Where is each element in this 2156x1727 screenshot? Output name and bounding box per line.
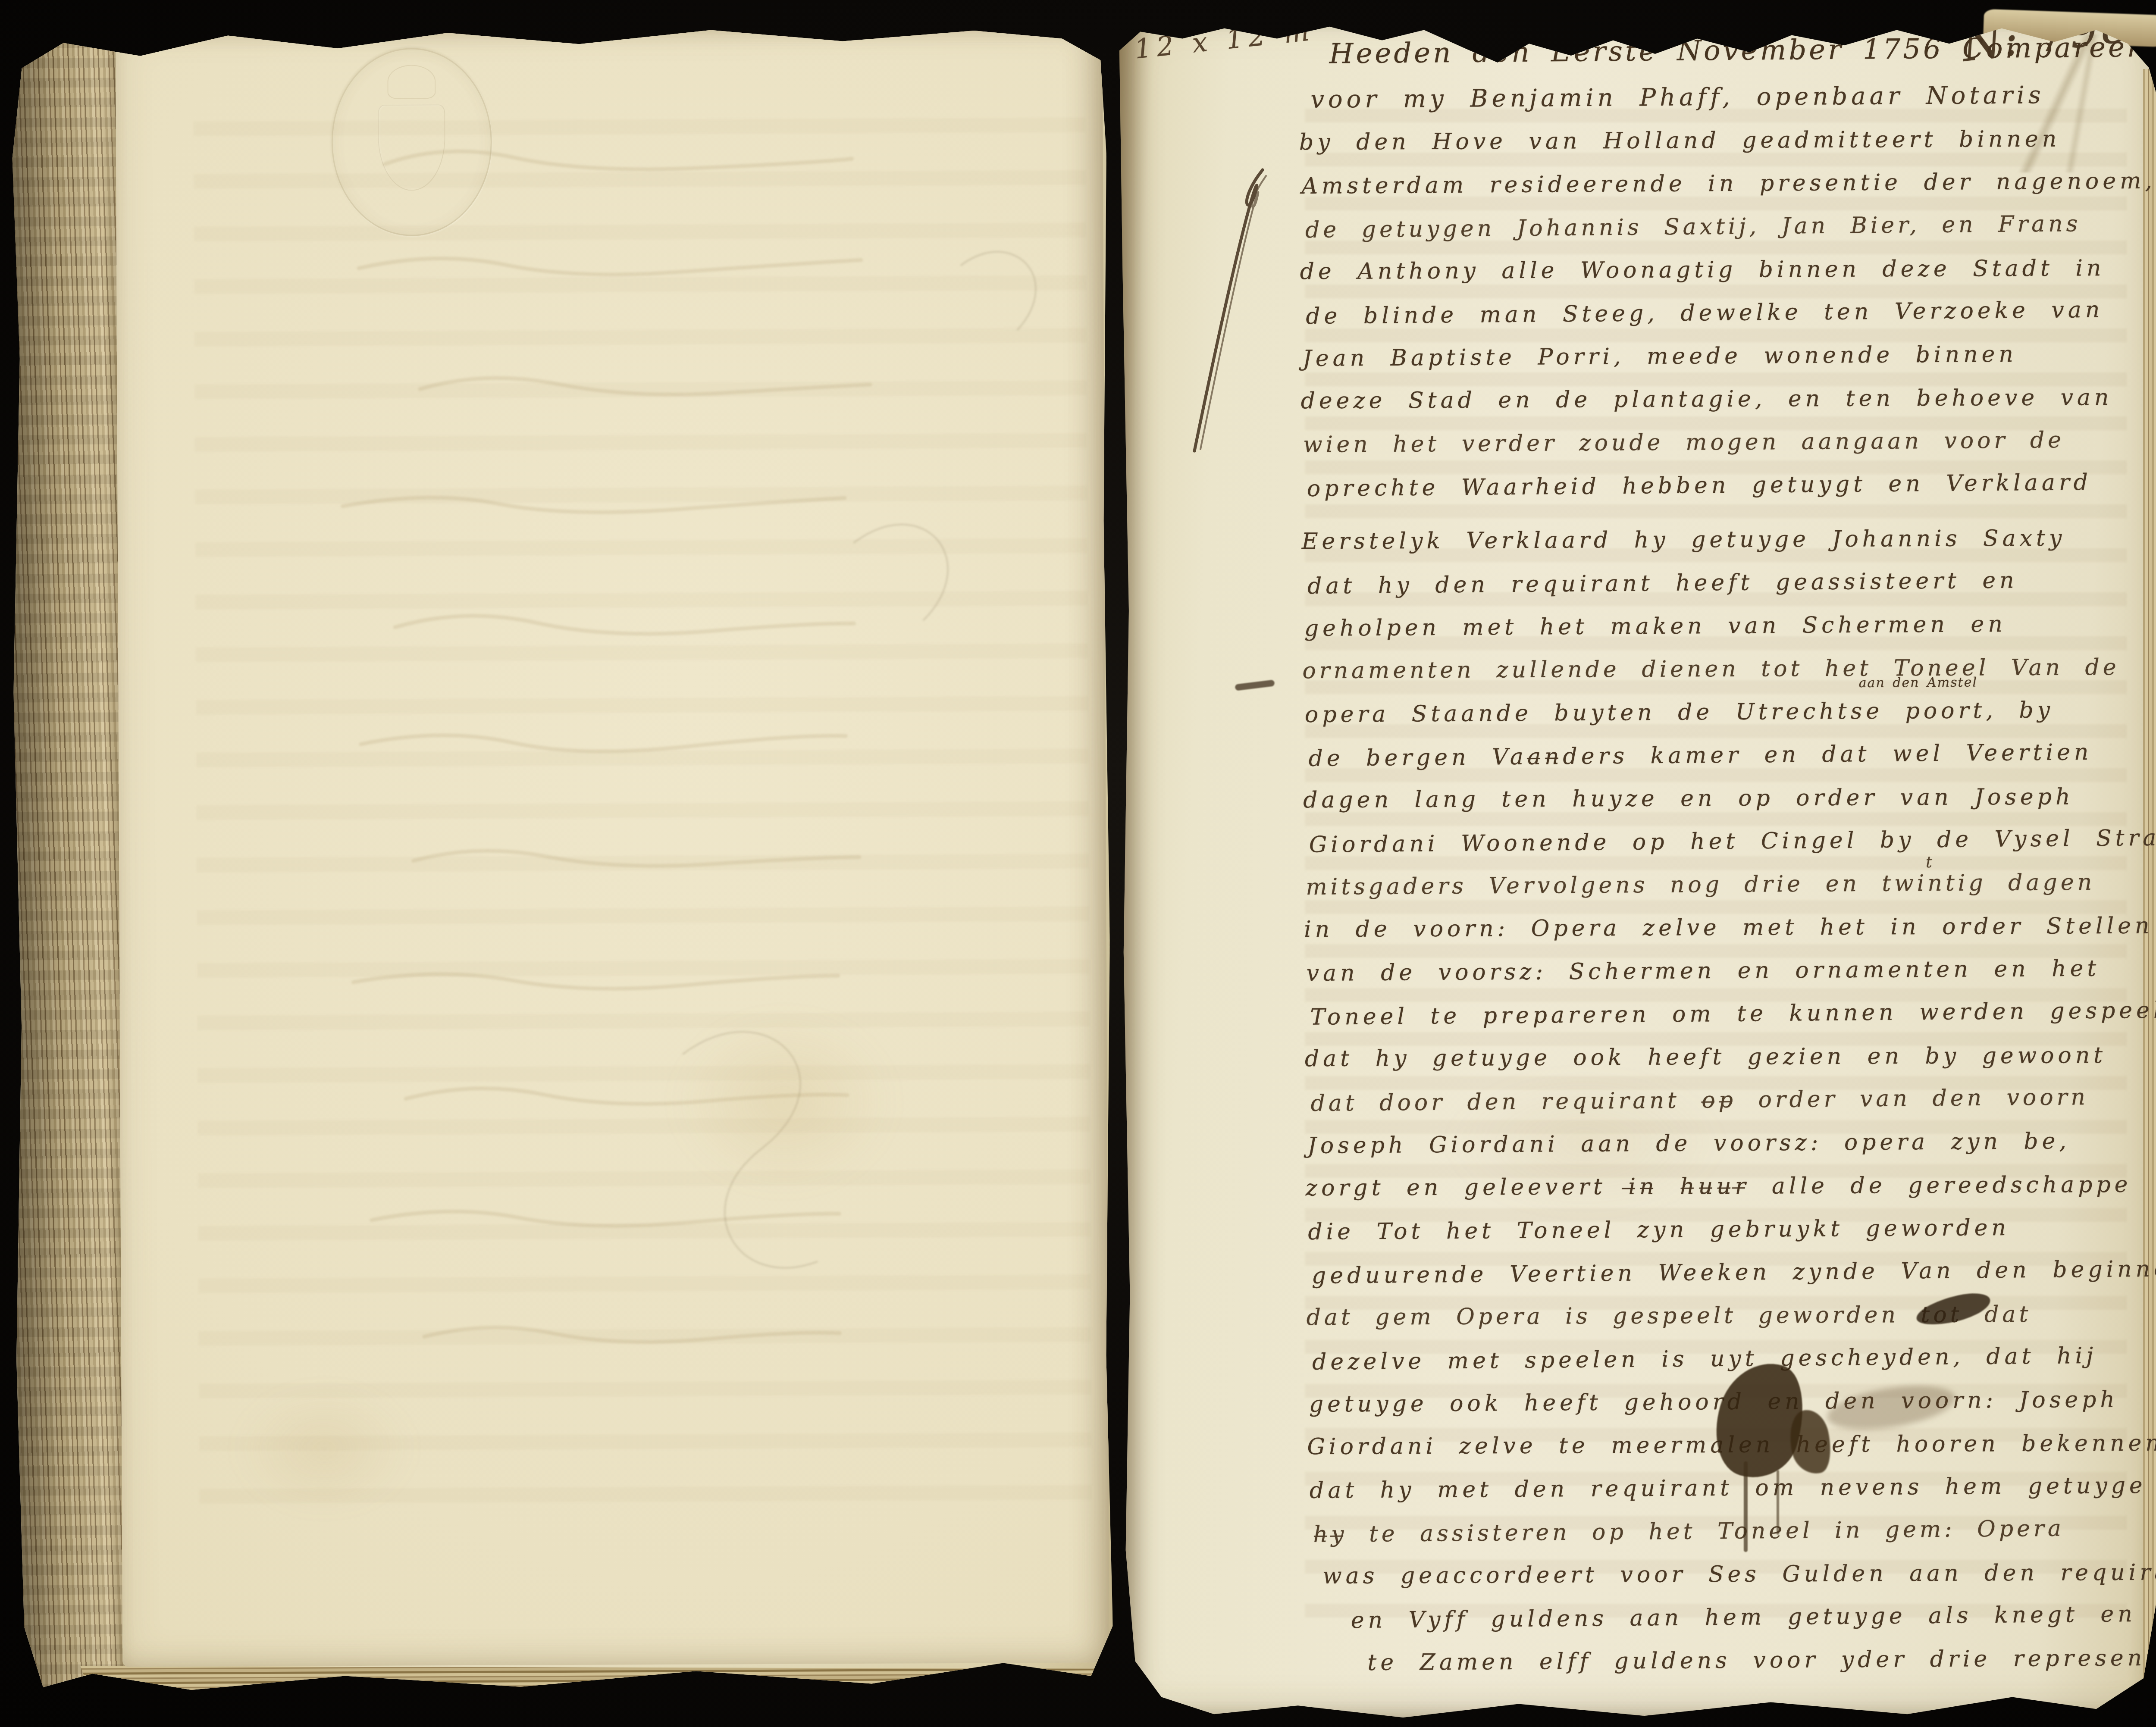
manuscript-line-text: opera Staande buyten de Utrechtse poort,… [1305, 697, 2054, 728]
manuscript-line: dagen lang ten huyze en op order van Jos… [1303, 775, 2135, 822]
page-edge-stack-left [9, 24, 126, 1694]
interlinear-caret-insert: t [1926, 855, 1936, 870]
manuscript-line: mitsgaders Vervolgens nog drie en twinti… [1306, 860, 2138, 909]
manuscript-line: voor my Benjamin Phaff, openbaar Notaris [1301, 73, 2134, 122]
photo-backdrop: 12 x 12 m N: 798 Heeden den Eerste Novem… [0, 0, 2156, 1727]
manuscript-line: dat door den requirant o̶p̶ order van de… [1310, 1075, 2143, 1125]
size-notation: 12 x 12 m [1133, 15, 1316, 65]
paper-stain [672, 1011, 897, 1193]
manuscript-line: te Zamen elff guldens voor yder drie rep… [1310, 1636, 2143, 1685]
manuscript-line: de blinde man Steeg, dewelke ten Verzoek… [1306, 288, 2138, 338]
manuscript-line: Heeden den Eerste November 1756 Comparee… [1304, 22, 2137, 79]
manuscript-line: ornamenten zullende dienen tot het Tonee… [1302, 646, 2134, 692]
manuscript-line: opera Staande buyten de Utrechtse poort,… [1305, 688, 2137, 736]
paper-stain [233, 1383, 415, 1514]
right-page: 12 x 12 m N: 798 Heeden den Eerste Novem… [1119, 13, 2156, 1721]
ink-drip [1744, 1461, 1748, 1552]
manuscript-line: de Anthony alle Woonagtig binnen deze St… [1300, 247, 2132, 293]
manuscript-line: Jean Baptiste Porri, meede wonende binne… [1303, 332, 2135, 380]
manuscript-line: by den Hove van Holland geadmitteert bin… [1299, 117, 2131, 164]
manuscript-line: Amsterdam resideerende in presentie der … [1301, 160, 2134, 208]
left-page [9, 20, 1113, 1694]
manuscript-line: de getuygen Johannis Saxtij, Jan Bier, e… [1305, 202, 2138, 252]
manuscript-line: was geaccordeert voor Ses Gulden aan den… [1308, 1551, 2140, 1598]
manuscript-line: zorgt en geleevert i̶n̶ h̶u̶u̶r̶ alle de… [1306, 1163, 2138, 1210]
manuscript-line: Giordani Woonende op het Cingel by de Vy… [1309, 817, 2141, 867]
manuscript-line: van de voorsz: Schermen en ornamenten en… [1306, 947, 2139, 995]
manuscript-line: dat gem Opera is gespeelt geworden tot d… [1306, 1292, 2138, 1339]
manuscript-line: dat hy den requirant heeft geassisteert … [1307, 558, 2140, 608]
manuscript-line: en Vyff guldens aan hem getuyge als kneg… [1313, 1592, 2146, 1643]
page-edge-stack-right [2143, 69, 2156, 1701]
manuscript-line: Joseph Giordani aan de voorsz: opera zyn… [1307, 1119, 2140, 1167]
manuscript-line: dat hy met den requirant om nevens hem g… [1310, 1464, 2142, 1512]
manuscript-line: dat hy getuyge ook heeft gezien en by ge… [1305, 1034, 2137, 1080]
paraph-flourish-icon [1164, 163, 1281, 465]
manuscript-line: h̶y̶ te assisteren op het Toneel in gem:… [1313, 1506, 2146, 1556]
manuscript-line: deeze Stad en de plantagie, en ten behoe… [1300, 376, 2133, 422]
manuscript-line-text: mitsgaders Vervolgens nog drie en twinti… [1306, 870, 2095, 900]
ink-mark [1235, 679, 1275, 691]
manuscript-line: in de voorn: Opera zelve met het in orde… [1304, 904, 2136, 951]
manuscript-line: wien het verder zoude mogen aangaan voor… [1303, 418, 2136, 466]
manuscript-line: Eerstelyk Verklaard hy getuyge Johannis … [1301, 516, 2134, 563]
manuscript-line: geholpen met het maken van Schermen en [1304, 602, 2137, 650]
left-page-surface [116, 23, 1110, 1667]
manuscript-line: dezelve met speelen is uyt gescheyden, d… [1312, 1334, 2145, 1384]
manuscript-line: die Tot het Toneel zyn gebruykt geworden [1308, 1205, 2140, 1254]
manuscript-line: geduurende Veertien Weeken zynde Van den… [1312, 1248, 2144, 1298]
manuscript-line: oprechte Waarheid hebben getuygt en Verk… [1307, 460, 2139, 510]
interlinear-insert: aan den Amstel [1858, 676, 1977, 690]
manuscript-line: Toneel te prepareren om te kunnen werden… [1310, 989, 2143, 1039]
ink-drip [1777, 1470, 1779, 1535]
manuscript-line: de bergen Vaa̶n̶ders kamer en dat wel Ve… [1308, 730, 2141, 780]
